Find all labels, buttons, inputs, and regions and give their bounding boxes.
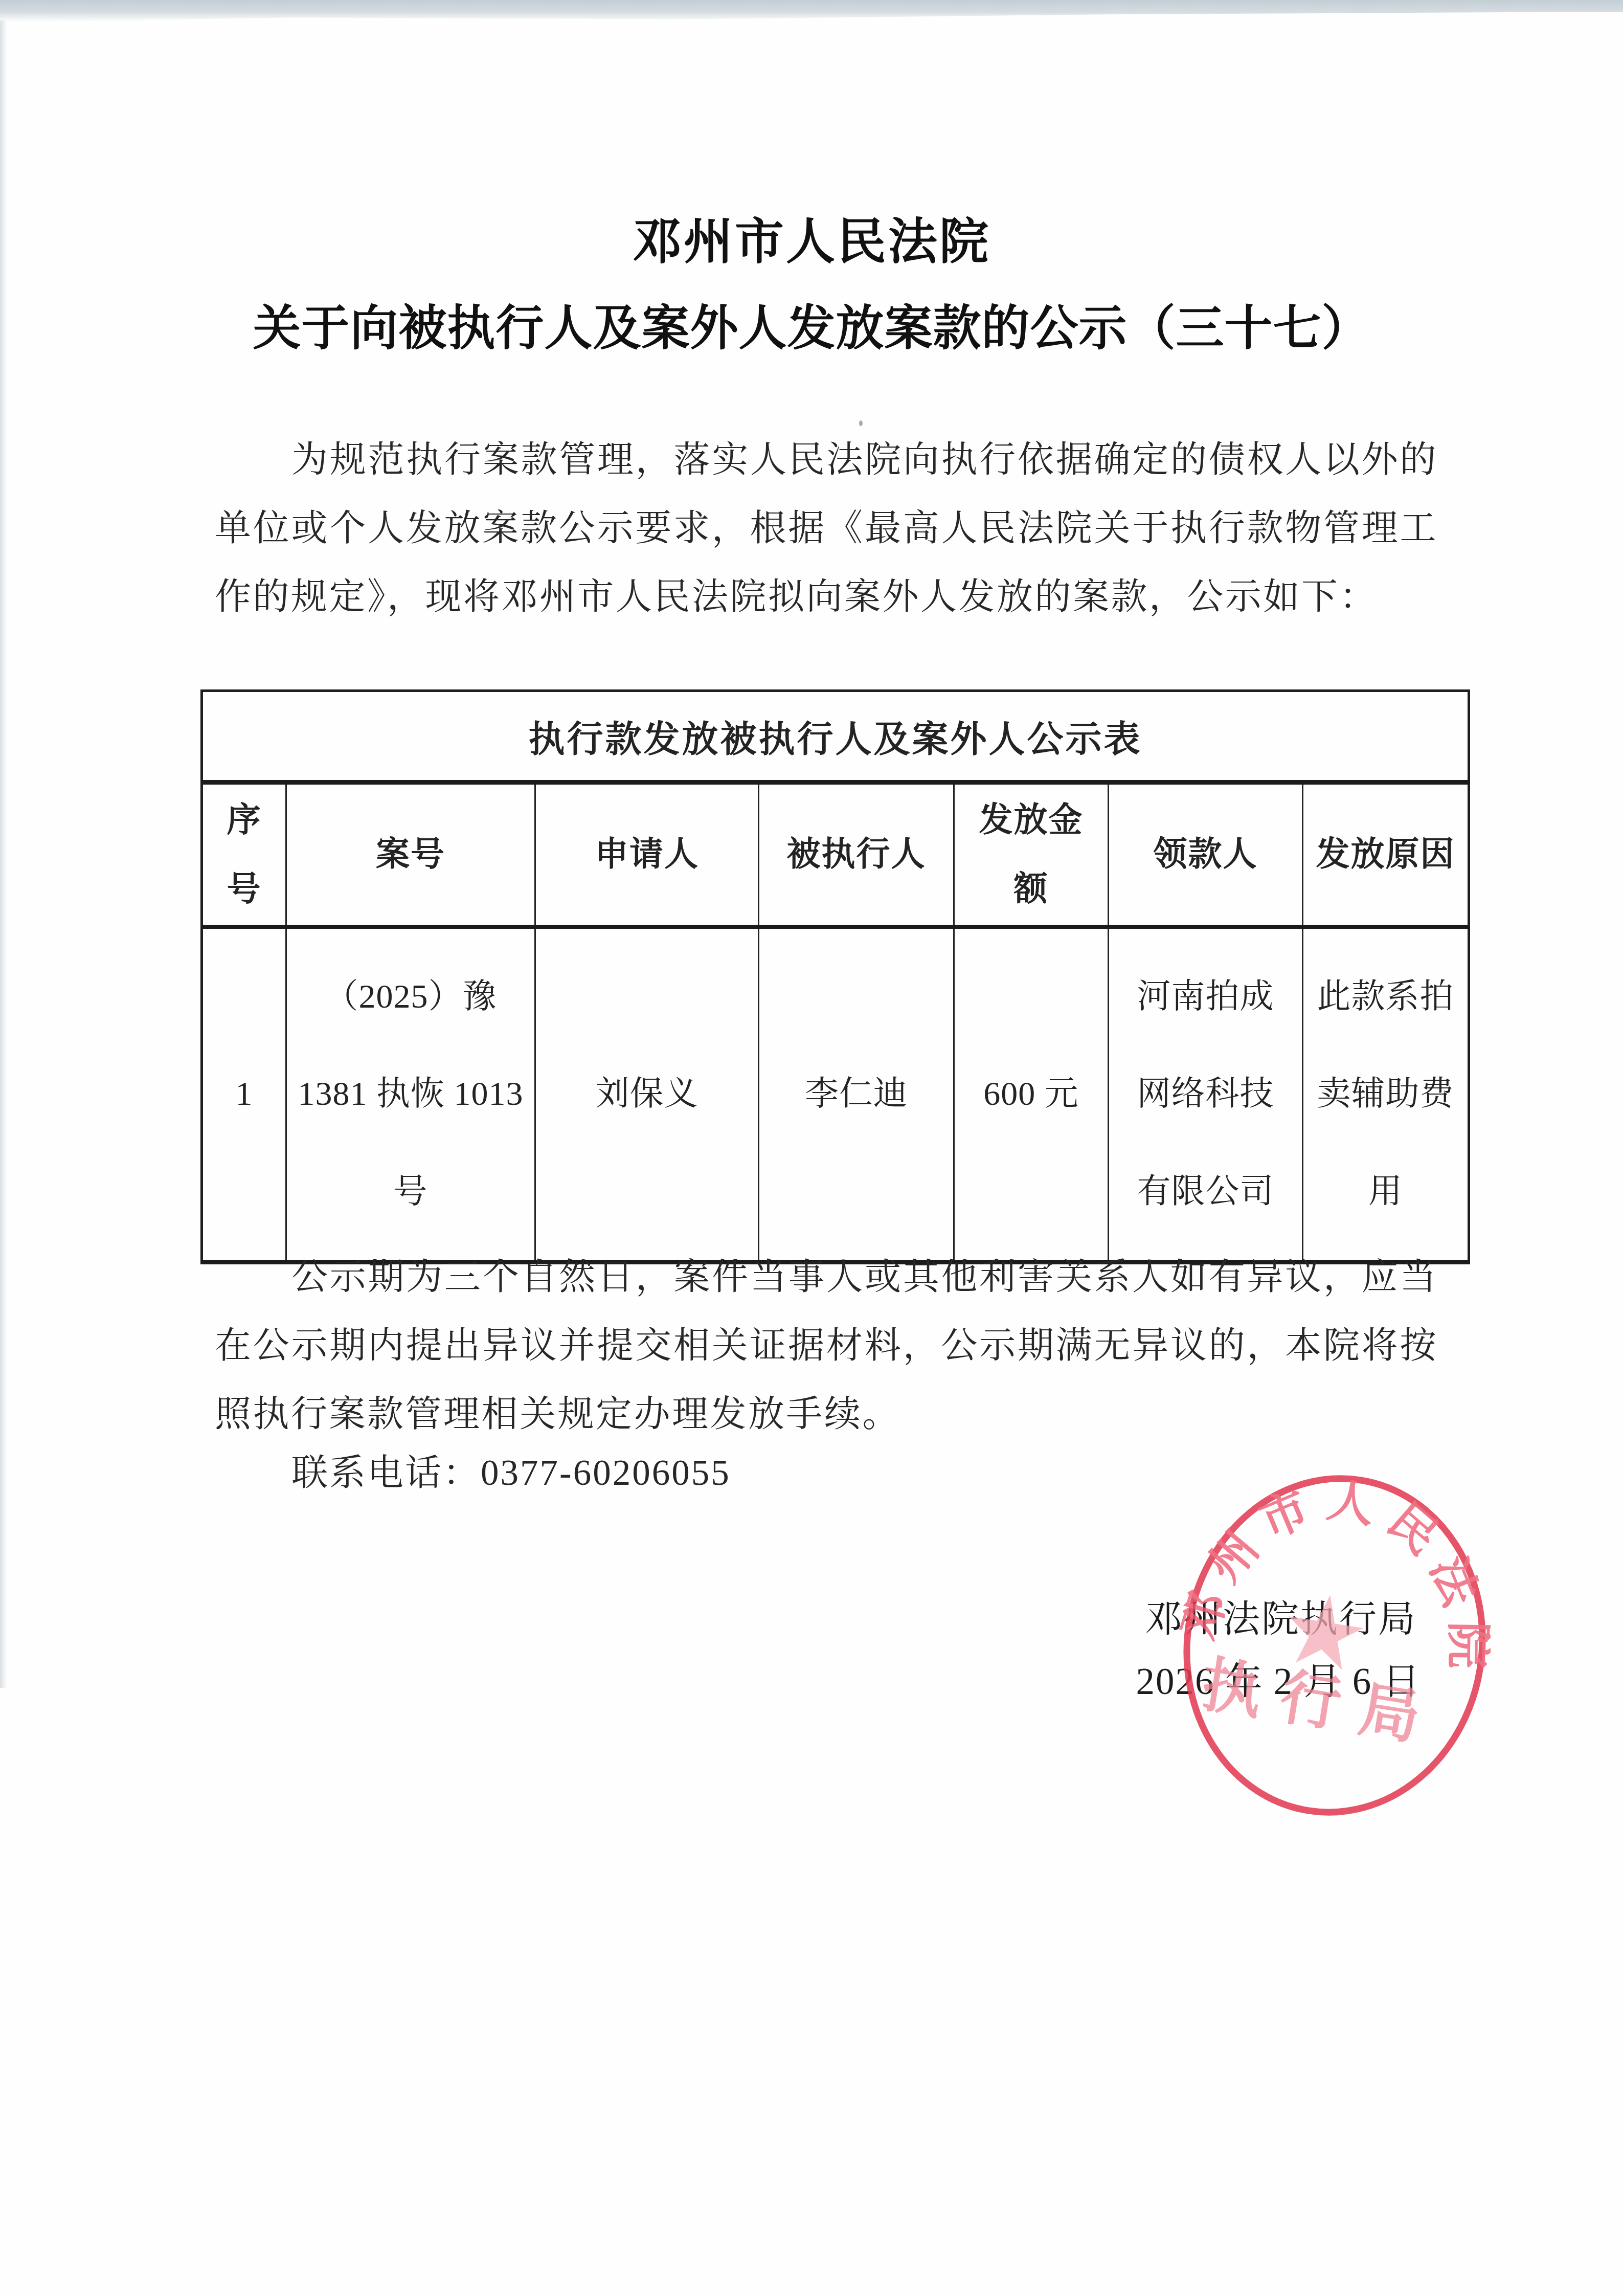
cell-executee: 李仁迪	[759, 927, 954, 1262]
court-title: 邓州市人民法院	[0, 203, 1623, 273]
publicity-table: 执行款发放被执行人及案外人公示表 序 号 案号 申请人 被执行人 发放金 额 领…	[200, 689, 1470, 1264]
contact-line: 联系电话：0377-60206055	[215, 1439, 1438, 1507]
cell-case-no: （2025）豫 1381 执恢 1013 号	[286, 927, 535, 1262]
scan-top-edge	[0, 0, 1623, 23]
signer-name: 邓州法院执行局	[1125, 1589, 1437, 1642]
contact-label: 联系电话：	[291, 1453, 481, 1493]
conclusion-paragraph: 公示期为三个自然日，案件当事人或其他利害关系人如有异议，应当在公示期内提出异议并…	[215, 1243, 1438, 1448]
col-header-executee: 被执行人	[759, 783, 954, 927]
cell-reason: 此款系拍 卖辅助费 用	[1303, 927, 1469, 1262]
cell-payee: 河南拍成 网络科技 有限公司	[1109, 927, 1303, 1262]
table-title: 执行款发放被执行人及案外人公示表	[202, 691, 1469, 783]
col-header-reason: 发放原因	[1303, 783, 1469, 927]
col-header-case-no: 案号	[286, 783, 535, 927]
cell-amount: 600 元	[954, 927, 1109, 1262]
cell-applicant: 刘保义	[535, 927, 759, 1262]
intro-paragraph: 为规范执行案款管理，落实人民法院向执行依据确定的债权人以外的单位或个人发放案款公…	[215, 426, 1438, 631]
official-stamp: 邓州市人民法院 执行局	[1179, 1469, 1491, 1822]
col-header-seq: 序 号	[202, 783, 286, 927]
cell-seq: 1	[202, 927, 286, 1262]
document-page: 邓州市人民法院 关于向被执行人及案外人发放案款的公示（三十七） 为规范执行案款管…	[0, 0, 1623, 2296]
notice-title: 关于向被执行人及案外人发放案款的公示（三十七）	[0, 289, 1623, 359]
contact-phone: 0377-60206055	[481, 1453, 731, 1493]
table-header-row: 序 号 案号 申请人 被执行人 发放金 额 领款人 发放原因	[202, 783, 1469, 927]
stamp-ring	[1179, 1469, 1491, 1822]
issue-date: 2026 年 2 月 6 日	[1120, 1651, 1437, 1705]
col-header-amount: 发放金 额	[954, 783, 1109, 927]
col-header-applicant: 申请人	[535, 783, 759, 927]
table-title-row: 执行款发放被执行人及案外人公示表	[202, 691, 1469, 783]
col-header-payee: 领款人	[1109, 783, 1303, 927]
table-row: 1 （2025）豫 1381 执恢 1013 号 刘保义 李仁迪 600 元 河…	[202, 927, 1469, 1262]
